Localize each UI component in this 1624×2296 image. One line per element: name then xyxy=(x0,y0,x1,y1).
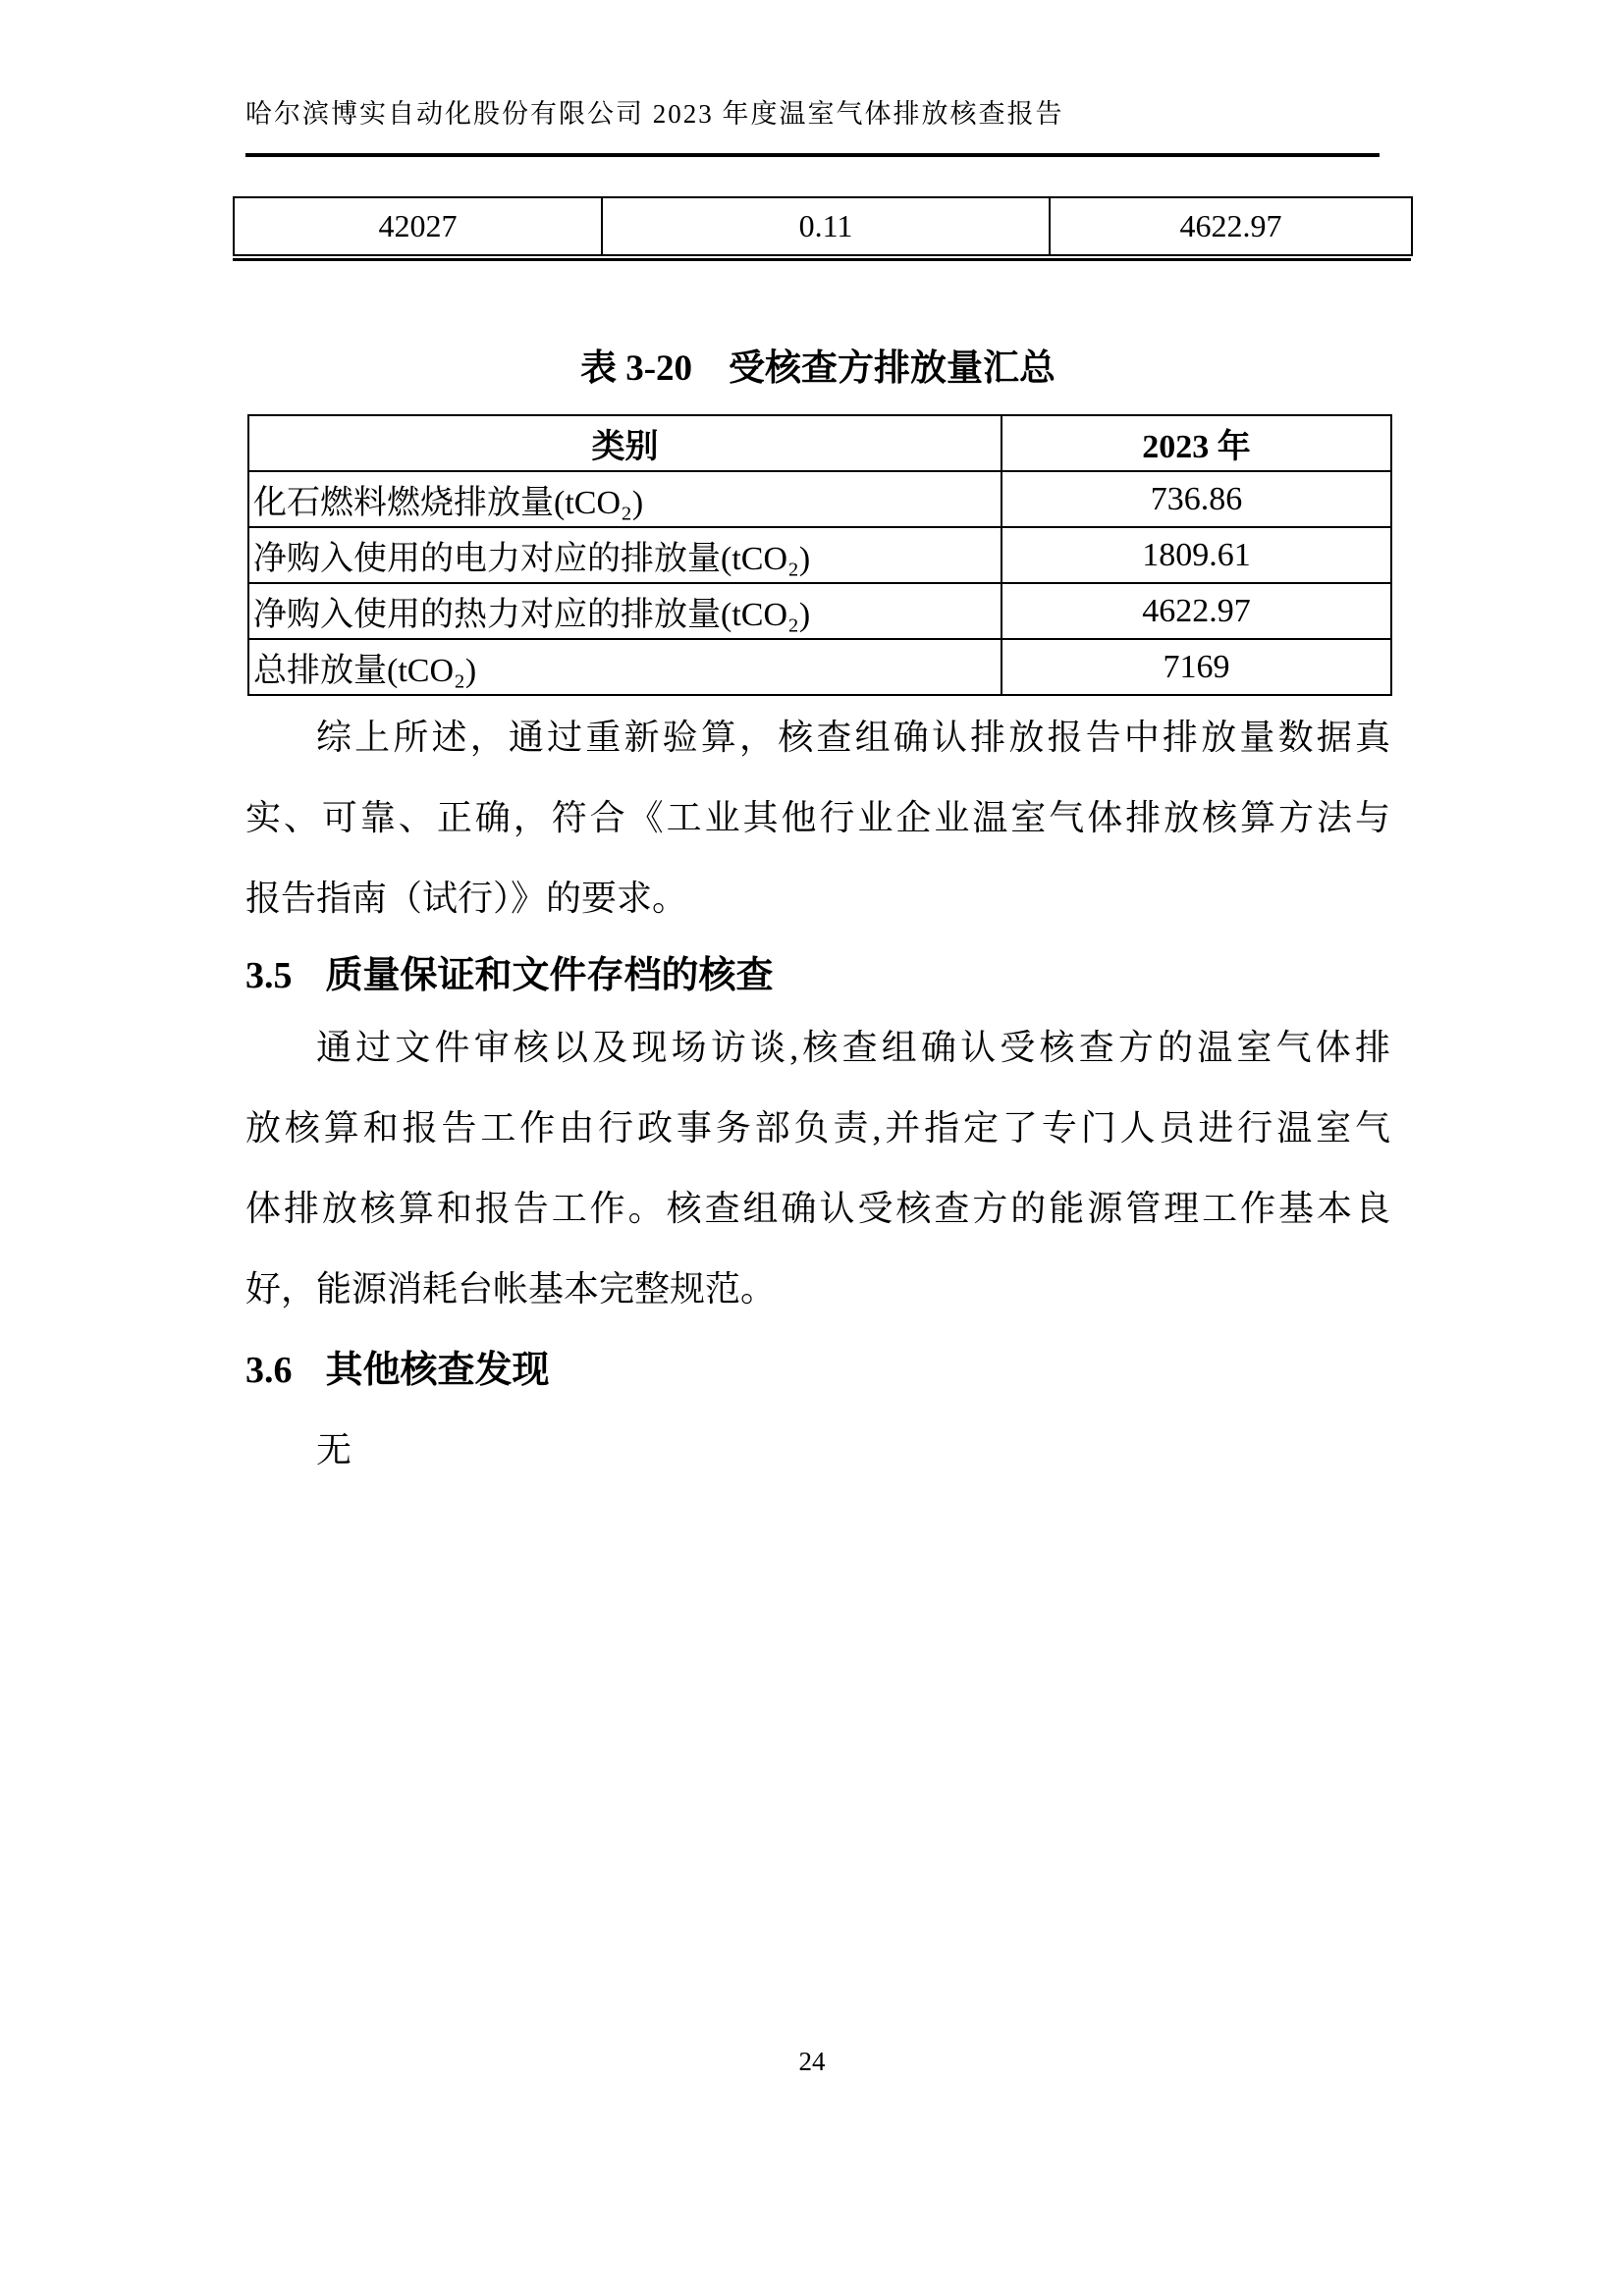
table-row: 净购入使用的热力对应的排放量(tCO₂) 4622.97 xyxy=(248,583,1391,639)
table-3-20-title: 表 3-20 受核查方排放量汇总 xyxy=(245,346,1390,393)
table-header-row: 类别 2023 年 xyxy=(248,415,1391,471)
fragment-table-end-rule xyxy=(233,258,1411,261)
page-header: 哈尔滨博实自动化股份有限公司 2023 年度温室气体排放核查报告 xyxy=(245,94,1380,157)
paragraph-line: 通过文件审核以及现场访谈,核查组确认受核查方的温室气体排 xyxy=(245,1007,1390,1088)
fragment-cell-1: 42027 xyxy=(234,197,602,255)
document-page: 哈尔滨博实自动化股份有限公司 2023 年度温室气体排放核查报告 42027 0… xyxy=(0,0,1624,2296)
section-title: 其他核查发现 xyxy=(326,1350,550,1391)
row-label-heat: 净购入使用的热力对应的排放量(tCO₂) xyxy=(248,583,1001,639)
paragraph-line: 好，能源消耗台帐基本完整规范。 xyxy=(245,1249,1390,1329)
section-heading-3-6: 3.6其他核查发现 xyxy=(245,1343,1390,1398)
row-label-total: 总排放量(tCO₂) xyxy=(248,639,1001,695)
table-row: 总排放量(tCO₂) 7169 xyxy=(248,639,1391,695)
section-title: 质量保证和文件存档的核查 xyxy=(326,955,774,996)
page-number: 24 xyxy=(0,2047,1624,2077)
paragraph-line: 无 xyxy=(245,1410,1390,1490)
paragraph-line: 综上所述，通过重新验算，核查组确认排放报告中排放量数据真 xyxy=(245,697,1390,777)
row-label-electricity: 净购入使用的电力对应的排放量(tCO₂) xyxy=(248,527,1001,583)
section-heading-3-5: 3.5质量保证和文件存档的核查 xyxy=(245,948,1390,1003)
qa-paragraph: 通过文件审核以及现场访谈,核查组确认受核查方的温室气体排 放核算和报告工作由行政… xyxy=(245,1007,1390,1329)
paragraph-line: 报告指南（试行）》的要求。 xyxy=(245,858,1390,938)
row-value-fossil-fuel: 736.86 xyxy=(1001,471,1391,527)
section-number: 3.6 xyxy=(245,1343,293,1398)
emission-summary-table: 类别 2023 年 化石燃料燃烧排放量(tCO₂) 736.86 净购入使用的电… xyxy=(247,414,1392,696)
fragment-cell-2: 0.11 xyxy=(602,197,1050,255)
column-header-year: 2023 年 xyxy=(1001,415,1391,471)
paragraph-line: 实、可靠、正确，符合《工业其他行业企业温室气体排放核算方法与 xyxy=(245,777,1390,858)
paragraph-line: 放核算和报告工作由行政事务部负责,并指定了专门人员进行温室气 xyxy=(245,1088,1390,1168)
paragraph-line: 体排放核算和报告工作。核查组确认受核查方的能源管理工作基本良 xyxy=(245,1168,1390,1249)
column-header-category: 类别 xyxy=(248,415,1001,471)
report-title: 哈尔滨博实自动化股份有限公司 2023 年度温室气体排放核查报告 xyxy=(245,94,1380,133)
other-findings-paragraph: 无 xyxy=(245,1410,1390,1490)
table-row: 净购入使用的电力对应的排放量(tCO₂) 1809.61 xyxy=(248,527,1391,583)
section-number: 3.5 xyxy=(245,948,293,1003)
fragment-cell-3: 4622.97 xyxy=(1050,197,1412,255)
row-value-heat: 4622.97 xyxy=(1001,583,1391,639)
fragment-table: 42027 0.11 4622.97 xyxy=(233,196,1413,256)
row-label-fossil-fuel: 化石燃料燃烧排放量(tCO₂) xyxy=(248,471,1001,527)
row-value-electricity: 1809.61 xyxy=(1001,527,1391,583)
conclusion-paragraph: 综上所述，通过重新验算，核查组确认排放报告中排放量数据真 实、可靠、正确，符合《… xyxy=(245,697,1390,938)
row-value-total: 7169 xyxy=(1001,639,1391,695)
table-row: 化石燃料燃烧排放量(tCO₂) 736.86 xyxy=(248,471,1391,527)
table-row: 42027 0.11 4622.97 xyxy=(234,197,1412,255)
